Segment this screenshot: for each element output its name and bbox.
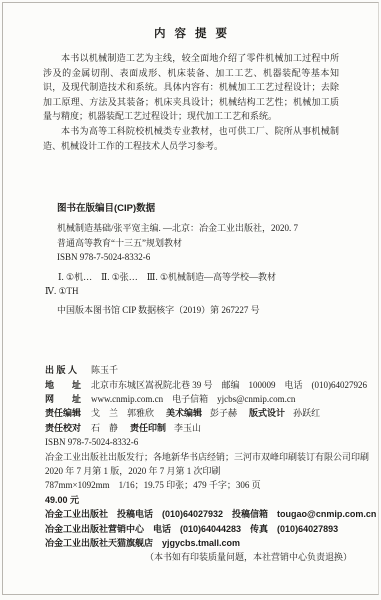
cip-class-line-1: Ⅰ. ①机… Ⅱ. ①张… Ⅲ. ①机械制造—高等学校—教材	[58, 270, 348, 285]
publisher-label: 出 版 人	[45, 363, 83, 377]
website-value: www.cnmip.com.cn 电子信箱 yjcbs@cnmip.com.cn	[91, 394, 295, 404]
address-value: 北京市东城区嵩祝院北巷 39 号 邮编 100009 电话 (010)64027…	[91, 380, 367, 390]
address-label: 地 址	[45, 378, 83, 392]
colophon-line-website: 网 址www.cnmip.com.cn 电子信箱 yjcbs@cnmip.com…	[45, 392, 352, 406]
colophon-line-editors: 责任编辑戈 兰 郭雅欣美术编辑彭子赫版式设计孙跃红	[45, 406, 352, 420]
colophon-issue-line: 冶金工业出版社出版发行；各地新华书店经销；三河市双峰印刷装订有限公司印刷	[45, 450, 352, 464]
colophon-format-line: 787mm×1092mm 1/16；19.75 印张；479 千字；306 页	[45, 478, 352, 492]
contact-line-submission: 冶金工业出版社 投稿电话 (010)64027932 投稿信箱 tougao@c…	[45, 507, 352, 521]
art-editor-name: 彭子赫	[210, 408, 237, 418]
colophon-edition-line: 2020 年 7 月第 1 版，2020 年 7 月第 1 次印刷	[45, 464, 352, 478]
cip-heading: 图书在版编目(CIP)数据	[57, 200, 348, 214]
colophon-line-address: 地 址北京市东城区嵩祝院北巷 39 号 邮编 100009 电话 (010)64…	[45, 378, 352, 392]
colophon-line-proofreading: 责任校对石 静责任印制李玉山	[45, 421, 352, 435]
art-editor-label: 美术编辑	[166, 406, 202, 420]
proofreader-label: 责任校对	[45, 421, 83, 435]
copyright-page: 内容提要 本书以机械制造工艺为主线，较全面地介绍了零件机械加工过程中所涉及的金属…	[2, 2, 379, 595]
cip-title-line: 机械制造基础/张平宽主编. —北京：冶金工业出版社，2020. 7	[57, 221, 348, 236]
cip-class-line-2: Ⅳ. ①TH	[45, 284, 348, 299]
price-line: 49.00 元	[45, 493, 352, 507]
editor-names: 戈 兰 郭雅欣	[91, 408, 154, 418]
colophon-line-publisher: 出 版 人陈玉千	[45, 363, 352, 377]
contact-line-tmall-store: 冶金工业出版社天猫旗舰店 yjgycbs.tmall.com	[45, 536, 352, 550]
content-summary-title: 内容提要	[3, 25, 378, 41]
cip-isbn-line: ISBN 978-7-5024-8332-6	[57, 250, 348, 265]
print-supervisor-name: 李玉山	[174, 423, 201, 433]
website-label: 网 址	[45, 392, 83, 406]
colophon-isbn: ISBN 978-7-5024-8332-6	[45, 435, 352, 449]
publisher-name: 陈玉千	[91, 365, 118, 375]
cip-classification: Ⅰ. ①机… Ⅱ. ①张… Ⅲ. ①机械制造—高等学校—教材 Ⅳ. ①TH	[45, 270, 348, 299]
cip-section: 图书在版编目(CIP)数据 机械制造基础/张平宽主编. —北京：冶金工业出版社，…	[57, 200, 348, 265]
quality-return-note: （本书如有印装质量问题，本社营销中心负责退换）	[145, 550, 352, 564]
layout-designer-name: 孙跃红	[293, 408, 320, 418]
editor-label: 责任编辑	[45, 406, 83, 420]
cip-record-number: 中国版本图书馆 CIP 数据核字（2019）第 267227 号	[57, 303, 348, 318]
proofreader-name: 石 静	[91, 423, 118, 433]
print-supervisor-label: 责任印制	[130, 421, 166, 435]
summary-paragraph-1: 本书以机械制造工艺为主线，较全面地介绍了零件机械加工过程中所涉及的金属切削、表面…	[43, 51, 339, 124]
contact-line-marketing: 冶金工业出版社营销中心 电话 (010)64044283 传真 (010)640…	[45, 522, 352, 536]
content-summary-section: 本书以机械制造工艺为主线，较全面地介绍了零件机械加工过程中所涉及的金属切削、表面…	[43, 51, 339, 153]
summary-paragraph-2: 本书为高等工科院校机械类专业教材，也可供工厂、院所从事机械制造、机械设计工作的工…	[43, 124, 339, 153]
cip-series-line: 普通高等教育“十三五”规划教材	[57, 236, 348, 251]
colophon-section: 出 版 人陈玉千 地 址北京市东城区嵩祝院北巷 39 号 邮编 100009 电…	[45, 363, 352, 565]
layout-design-label: 版式设计	[249, 406, 285, 420]
